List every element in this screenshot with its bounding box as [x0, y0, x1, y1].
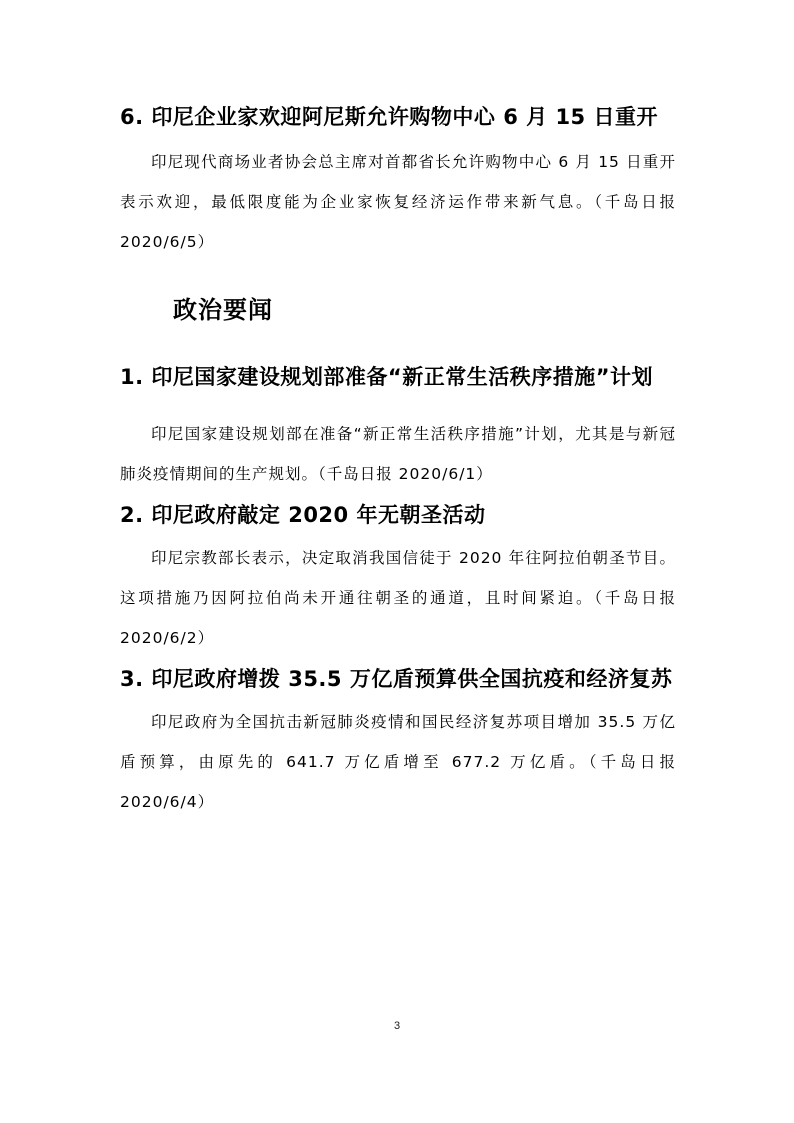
news-heading-economy-6: 6. 印尼企业家欢迎阿尼斯允许购物中心 6 月 15 日重开	[120, 96, 676, 138]
news-body-politics-2: 印尼宗教部长表示，决定取消我国信徒于 2020 年往阿拉伯朝圣节目。这项措施乃因…	[120, 538, 676, 658]
page-content: 6. 印尼企业家欢迎阿尼斯允许购物中心 6 月 15 日重开 印尼现代商场业者协…	[120, 96, 676, 822]
document-page: 6. 印尼企业家欢迎阿尼斯允许购物中心 6 月 15 日重开 印尼现代商场业者协…	[0, 0, 794, 1123]
news-heading-politics-1: 1. 印尼国家建设规划部准备“新正常生活秩序措施”计划	[120, 356, 676, 398]
news-heading-politics-3: 3. 印尼政府增拨 35.5 万亿盾预算供全国抗疫和经济复苏	[120, 658, 676, 700]
page-number: 3	[0, 1020, 794, 1032]
spacer	[120, 398, 676, 414]
section-title-politics: 政治要闻	[120, 288, 676, 332]
news-heading-politics-2: 2. 印尼政府敲定 2020 年无朝圣活动	[120, 494, 676, 536]
news-body-economy-6: 印尼现代商场业者协会总主席对首都省长允许购物中心 6 月 15 日重开表示欢迎，…	[120, 142, 676, 262]
news-body-politics-1: 印尼国家建设规划部在准备“新正常生活秩序措施”计划，尤其是与新冠肺炎疫情期间的生…	[120, 414, 676, 494]
news-body-politics-3: 印尼政府为全国抗击新冠肺炎疫情和国民经济复苏项目增加 35.5 万亿盾预算，由原…	[120, 702, 676, 822]
